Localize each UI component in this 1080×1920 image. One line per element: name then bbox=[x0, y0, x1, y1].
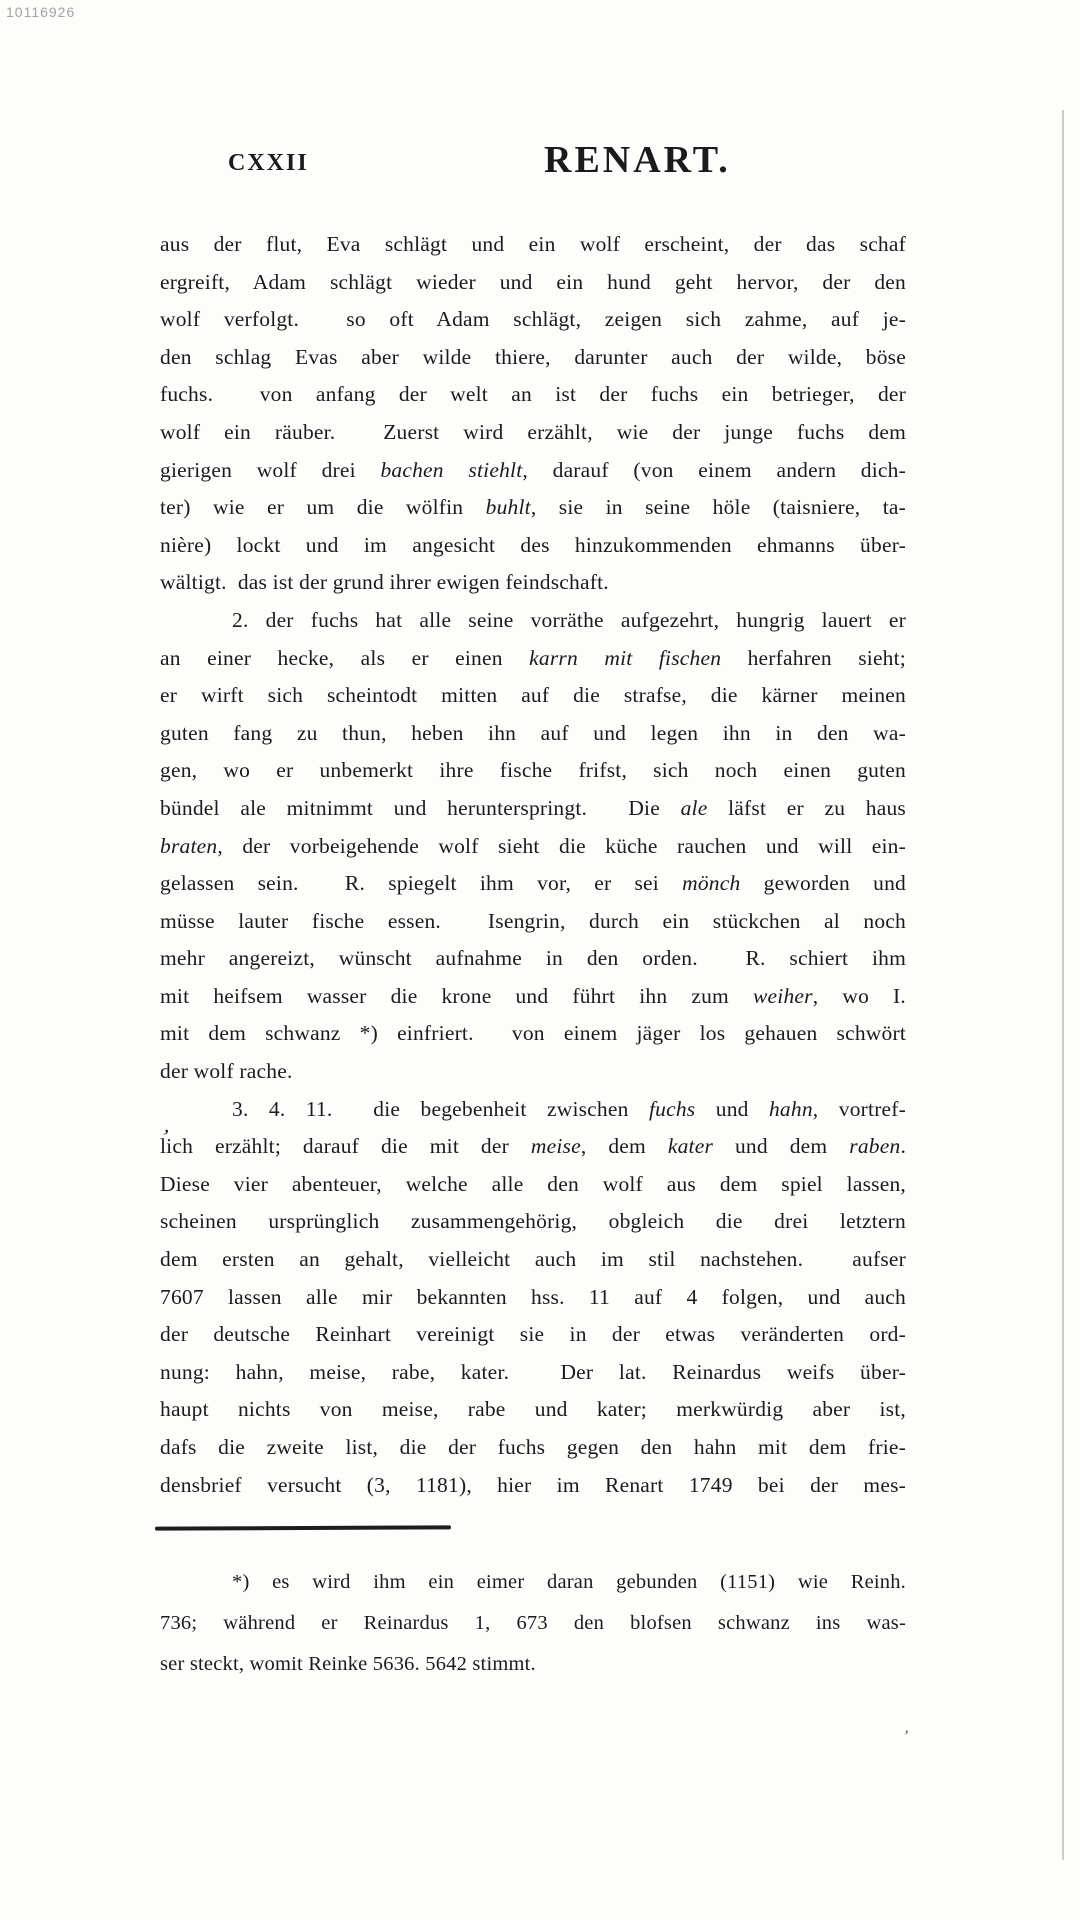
text-segment: an einer hecke, als er einen bbox=[160, 646, 529, 670]
italic-text: fuchs bbox=[649, 1097, 695, 1121]
text-line: gierigen wolf drei bachen stiehlt, darau… bbox=[160, 452, 906, 490]
text-segment: dafs die zweite list, die der fuchs gege… bbox=[160, 1435, 906, 1459]
paragraph: 3. 4. 11. die begebenheit zwischen fuchs… bbox=[160, 1091, 906, 1505]
text-segment: dem ersten an gehalt, vielleicht auch im… bbox=[160, 1247, 906, 1271]
text-segment: 736; während er Reinardus 1, 673 den blo… bbox=[160, 1612, 906, 1634]
text-segment: mit heifsem wasser die krone und führt i… bbox=[160, 984, 753, 1008]
text-segment: 2. der fuchs hat alle seine vorräthe auf… bbox=[232, 608, 906, 632]
text-segment: der deutsche Reinhart vereinigt sie in d… bbox=[160, 1322, 906, 1346]
scan-number: 10116926 bbox=[6, 4, 75, 20]
text-line: dafs die zweite list, die der fuchs gege… bbox=[160, 1429, 906, 1467]
italic-text: karrn mit fischen bbox=[529, 646, 721, 670]
text-segment: densbrief versucht (3, 1181), hier im Re… bbox=[160, 1473, 906, 1497]
text-segment: wältigt. das ist der grund ihrer ewigen … bbox=[160, 570, 609, 594]
text-segment: 3. 4. 11. die begebenheit zwischen bbox=[232, 1097, 649, 1121]
text-line: fuchs. von anfang der welt an ist der fu… bbox=[160, 376, 906, 414]
text-line: dem ersten an gehalt, vielleicht auch im… bbox=[160, 1241, 906, 1279]
text-line: müsse lauter fische essen. Isengrin, dur… bbox=[160, 903, 906, 941]
footnote-separator bbox=[155, 1525, 451, 1530]
text-line: wolf ein räuber. Zuerst wird erzählt, wi… bbox=[160, 414, 906, 452]
text-line: mit heifsem wasser die krone und führt i… bbox=[160, 978, 906, 1016]
text-segment: 7607 lassen alle mir bekannten hss. 11 a… bbox=[160, 1285, 906, 1309]
italic-text: weiher bbox=[753, 984, 813, 1008]
text-segment: guten fang zu thun, heben ihn auf und le… bbox=[160, 721, 906, 745]
text-line: ter) wie er um die wölfin buhlt, sie in … bbox=[160, 489, 906, 527]
text-segment: , dem bbox=[581, 1134, 668, 1158]
italic-text: braten bbox=[160, 834, 217, 858]
text-line: ser steckt, womit Reinke 5636. 5642 stim… bbox=[160, 1644, 906, 1685]
text-line: densbrief versucht (3, 1181), hier im Re… bbox=[160, 1467, 906, 1505]
text-segment: gen, wo er unbemerkt ihre fische frifst,… bbox=[160, 758, 906, 782]
text-line: bündel ale mitnimmt und herunterspringt.… bbox=[160, 790, 906, 828]
text-line: mit dem schwanz *) einfriert. von einem … bbox=[160, 1015, 906, 1053]
text-line: wältigt. das ist der grund ihrer ewigen … bbox=[160, 564, 906, 602]
text-line: 3. 4. 11. die begebenheit zwischen fuchs… bbox=[160, 1091, 906, 1129]
text-line: Diese vier abenteuer, welche alle den wo… bbox=[160, 1166, 906, 1204]
text-segment: wolf verfolgt. so oft Adam schlägt, zeig… bbox=[160, 307, 906, 331]
text-line: der wolf rache. bbox=[160, 1053, 906, 1091]
text-segment: nière) lockt und im angesicht des hinzuk… bbox=[160, 533, 906, 557]
text-segment: fuchs. von anfang der welt an ist der fu… bbox=[160, 382, 906, 406]
text-line: scheinen ursprünglich zusammengehörig, o… bbox=[160, 1203, 906, 1241]
text-line: er wirft sich scheintodt mitten auf die … bbox=[160, 677, 906, 715]
text-line: gelassen sein. R. spiegelt ihm vor, er s… bbox=[160, 865, 906, 903]
paragraph: 2. der fuchs hat alle seine vorräthe auf… bbox=[160, 602, 906, 1091]
text-line: der deutsche Reinhart vereinigt sie in d… bbox=[160, 1316, 906, 1354]
text-line: mehr angereizt, wünscht aufnahme in den … bbox=[160, 940, 906, 978]
text-segment: , der vorbeigehende wolf sieht die küche… bbox=[217, 834, 906, 858]
body-text: aus der flut, Eva schlägt und ein wolf e… bbox=[160, 226, 906, 1504]
text-line: 7607 lassen alle mir bekannten hss. 11 a… bbox=[160, 1279, 906, 1317]
text-segment: gierigen wolf drei bbox=[160, 458, 380, 482]
italic-text: buhlt bbox=[486, 495, 531, 519]
footnote: *) es wird ihm ein eimer daran gebunden … bbox=[160, 1562, 906, 1685]
text-segment: und dem bbox=[713, 1134, 849, 1158]
text-segment: Diese vier abenteuer, welche alle den wo… bbox=[160, 1172, 906, 1196]
text-line: ergreift, Adam schlägt wieder und ein hu… bbox=[160, 264, 906, 302]
paragraph: *) es wird ihm ein eimer daran gebunden … bbox=[160, 1562, 906, 1685]
text-segment: er wirft sich scheintodt mitten auf die … bbox=[160, 683, 906, 707]
text-line: guten fang zu thun, heben ihn auf und le… bbox=[160, 715, 906, 753]
text-segment: ter) wie er um die wölfin bbox=[160, 495, 486, 519]
text-segment: , darauf (von einem andern dich- bbox=[522, 458, 906, 482]
text-segment: müsse lauter fische essen. Isengrin, dur… bbox=[160, 909, 906, 933]
text-line: an einer hecke, als er einen karrn mit f… bbox=[160, 640, 906, 678]
text-line: *) es wird ihm ein eimer daran gebunden … bbox=[160, 1562, 906, 1603]
text-line: braten, der vorbeigehende wolf sieht die… bbox=[160, 828, 906, 866]
text-segment: wolf ein räuber. Zuerst wird erzählt, wi… bbox=[160, 420, 906, 444]
italic-text: kater bbox=[668, 1134, 713, 1158]
text-segment: und bbox=[695, 1097, 769, 1121]
text-line: wolf verfolgt. so oft Adam schlägt, zeig… bbox=[160, 301, 906, 339]
text-segment: . bbox=[900, 1134, 906, 1158]
text-segment: läfst er zu haus bbox=[707, 796, 906, 820]
text-line: aus der flut, Eva schlägt und ein wolf e… bbox=[160, 226, 906, 264]
italic-text: raben bbox=[849, 1134, 900, 1158]
paragraph: aus der flut, Eva schlägt und ein wolf e… bbox=[160, 226, 906, 602]
text-line: 736; während er Reinardus 1, 673 den blo… bbox=[160, 1603, 906, 1644]
text-segment: scheinen ursprünglich zusammengehörig, o… bbox=[160, 1209, 906, 1233]
text-segment: ser steckt, womit Reinke 5636. 5642 stim… bbox=[160, 1653, 536, 1675]
text-line: haupt nichts von meise, rabe und kater; … bbox=[160, 1391, 906, 1429]
text-segment: , wo I. bbox=[813, 984, 906, 1008]
text-segment: , vortref- bbox=[813, 1097, 906, 1121]
italic-text: mönch bbox=[682, 871, 740, 895]
text-segment: lich erzählt; darauf die mit der bbox=[160, 1134, 531, 1158]
text-line: lich erzählt; darauf die mit der meise, … bbox=[160, 1128, 906, 1166]
text-segment: mit dem schwanz *) einfriert. von einem … bbox=[160, 1021, 906, 1045]
page-number: CXXII bbox=[228, 150, 309, 177]
text-segment: haupt nichts von meise, rabe und kater; … bbox=[160, 1397, 906, 1421]
text-line: gen, wo er unbemerkt ihre fische frifst,… bbox=[160, 752, 906, 790]
text-segment: ergreift, Adam schlägt wieder und ein hu… bbox=[160, 270, 906, 294]
italic-text: bachen stiehlt bbox=[380, 458, 522, 482]
text-segment: *) es wird ihm ein eimer daran gebunden … bbox=[232, 1571, 906, 1593]
text-segment: aus der flut, Eva schlägt und ein wolf e… bbox=[160, 232, 906, 256]
italic-text: ale bbox=[681, 796, 708, 820]
text-segment: den schlag Evas aber wilde thiere, darun… bbox=[160, 345, 906, 369]
text-segment: geworden und bbox=[740, 871, 906, 895]
page-edge-line bbox=[1062, 110, 1064, 1860]
text-segment: gelassen sein. R. spiegelt ihm vor, er s… bbox=[160, 871, 682, 895]
scanned-page: 10116926 CXXII RENART. aus der flut, Eva… bbox=[0, 0, 1080, 1920]
page-title: RENART. bbox=[544, 138, 731, 182]
text-line: 2. der fuchs hat alle seine vorräthe auf… bbox=[160, 602, 906, 640]
text-line: den schlag Evas aber wilde thiere, darun… bbox=[160, 339, 906, 377]
text-segment: nung: hahn, meise, rabe, kater. Der lat.… bbox=[160, 1360, 906, 1384]
text-segment: der wolf rache. bbox=[160, 1059, 293, 1083]
text-segment: herfahren sieht; bbox=[721, 646, 906, 670]
italic-text: hahn bbox=[769, 1097, 813, 1121]
italic-text: meise bbox=[531, 1134, 581, 1158]
corner-mark: ’ bbox=[901, 1728, 909, 1747]
text-line: nière) lockt und im angesicht des hinzuk… bbox=[160, 527, 906, 565]
text-segment: mehr angereizt, wünscht aufnahme in den … bbox=[160, 946, 906, 970]
text-segment: bündel ale mitnimmt und herunterspringt.… bbox=[160, 796, 681, 820]
text-segment: , sie in seine höle (taisniere, ta- bbox=[531, 495, 906, 519]
text-line: nung: hahn, meise, rabe, kater. Der lat.… bbox=[160, 1354, 906, 1392]
